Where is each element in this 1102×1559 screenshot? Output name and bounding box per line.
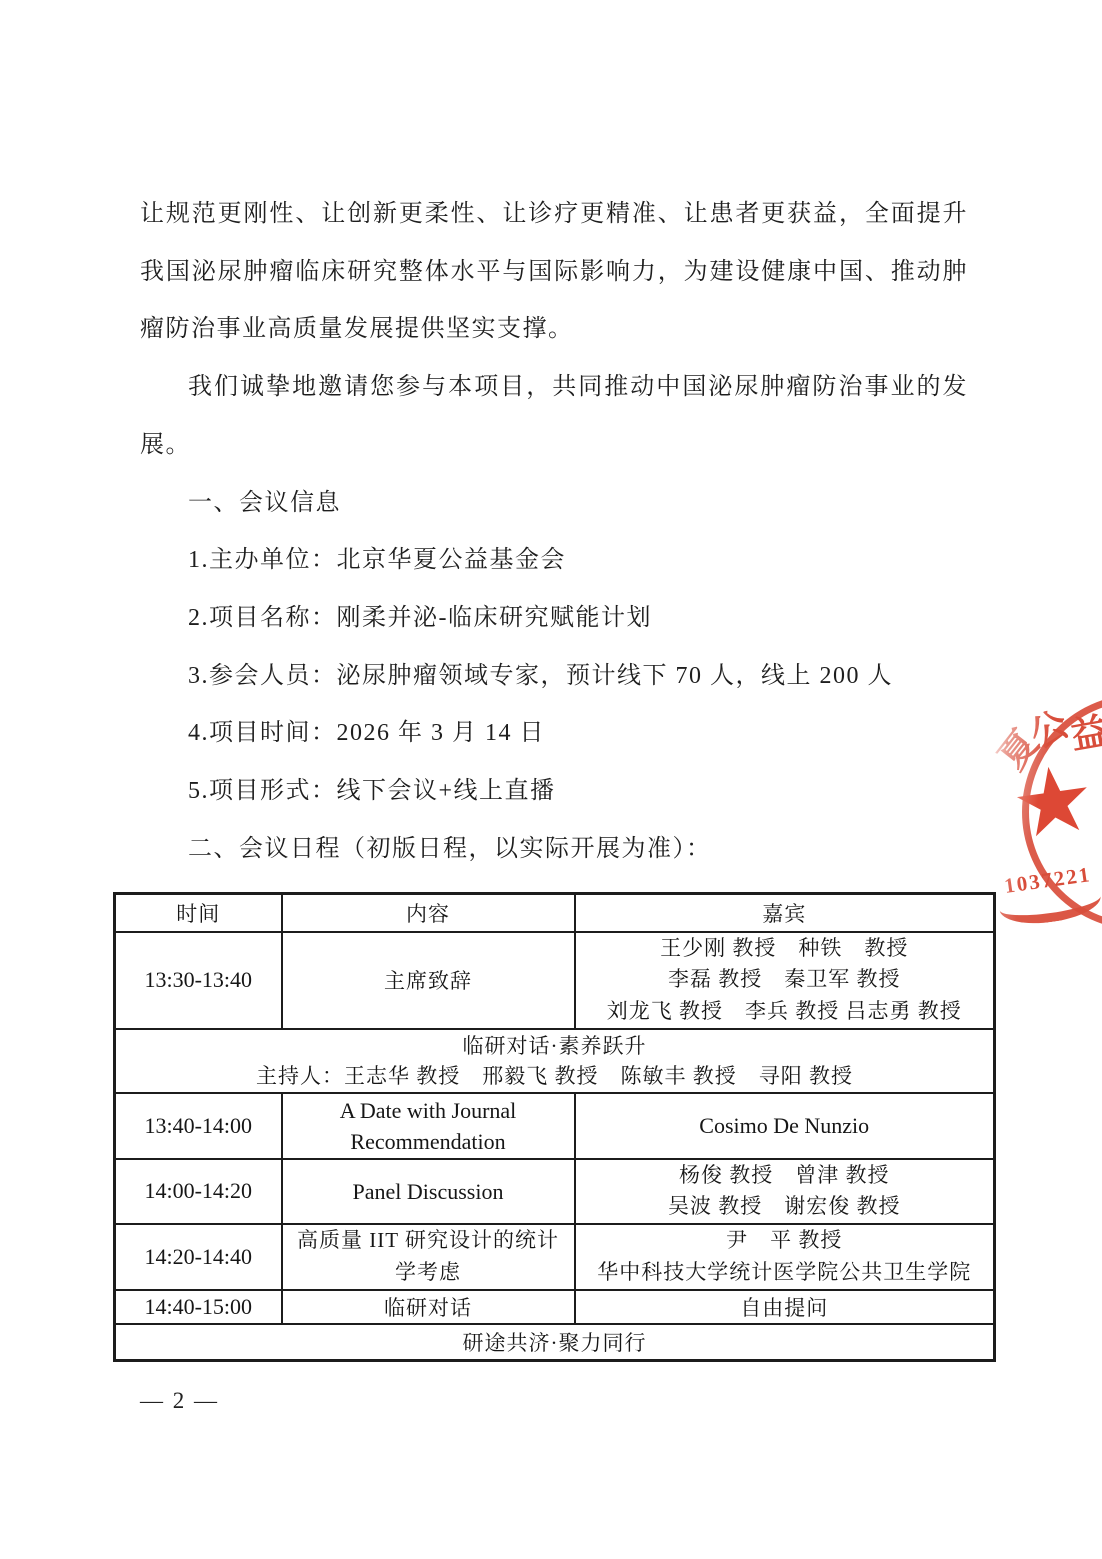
guests-cell: 自由提问 xyxy=(575,1290,995,1324)
content-cell: A Date with Journal Recommendation xyxy=(282,1093,575,1159)
table-row-iit-statistics: 14:20-14:40 高质量 IIT 研究设计的统计学考虑 尹 平 教授 华中… xyxy=(115,1224,995,1290)
guests-cell: 尹 平 教授 华中科技大学统计医学院公共卫生学院 xyxy=(575,1224,995,1290)
content-cell: 临研对话 xyxy=(282,1290,575,1324)
time-cell: 14:20-14:40 xyxy=(115,1224,282,1290)
guests-cell: 王少刚 教授 种铁 教授 李磊 教授 秦卫军 教授 刘龙飞 教授 李兵 教授 吕… xyxy=(575,932,995,1029)
content-cell: 高质量 IIT 研究设计的统计学考虑 xyxy=(282,1224,575,1290)
content-cell: 主席致辞 xyxy=(282,932,575,1029)
star-icon: ★ xyxy=(1006,751,1100,854)
guest-line: 杨俊 教授 曾津 教授 xyxy=(582,1160,988,1192)
table-banner-row-session1: 临研对话·素养跃升 主持人：王志华 教授 邢毅飞 教授 陈敏丰 教授 寻阳 教授 xyxy=(115,1029,995,1093)
guest-line: 刘龙飞 教授 李兵 教授 吕志勇 教授 xyxy=(582,996,988,1028)
red-seal-stamp: 夏 公 益 ★ 1037221 xyxy=(995,688,1102,940)
meeting-info-item-project-name: 2.项目名称：刚柔并泌-临床研究赋能计划 xyxy=(140,590,968,648)
section-heading-agenda: 二、会议日程（初版日程，以实际开展为准）： xyxy=(140,821,968,879)
meeting-info-item-format: 5.项目形式：线下会议+线上直播 xyxy=(140,763,968,821)
time-cell: 13:30-13:40 xyxy=(115,932,282,1029)
session-title: 临研对话·素养跃升 xyxy=(122,1031,987,1061)
document-body: 让规范更刚性、让创新更柔性、让诊疗更精准、让患者更获益，全面提升我国泌尿肿瘤临床… xyxy=(140,186,968,878)
page-number: — 2 — xyxy=(140,1388,219,1414)
time-cell: 13:40-14:00 xyxy=(115,1093,282,1159)
intro-paragraph-2: 我们诚挚地邀请您参与本项目，共同推动中国泌尿肿瘤防治事业的发展。 xyxy=(140,359,968,474)
table-row-opening: 13:30-13:40 主席致辞 王少刚 教授 种铁 教授 李磊 教授 秦卫军 … xyxy=(115,932,995,1029)
table-banner-row-session2: 研途共济·聚力同行 xyxy=(115,1324,995,1361)
table-row-panel: 14:00-14:20 Panel Discussion 杨俊 教授 曾津 教授… xyxy=(115,1159,995,1224)
guests-cell: Cosimo De Nunzio xyxy=(575,1093,995,1159)
guest-line: 王少刚 教授 种铁 教授 xyxy=(582,933,988,965)
meeting-info-item-host: 1.主办单位：北京华夏公益基金会 xyxy=(140,532,968,590)
session-hosts: 主持人：王志华 教授 邢毅飞 教授 陈敏丰 教授 寻阳 教授 xyxy=(122,1061,987,1091)
document-page: 让规范更刚性、让创新更柔性、让诊疗更精准、让患者更获益，全面提升我国泌尿肿瘤临床… xyxy=(0,0,1102,1559)
guest-line: 华中科技大学统计医学院公共卫生学院 xyxy=(582,1257,988,1289)
schedule-table: 时间 内容 嘉宾 13:30-13:40 主席致辞 王少刚 教授 种铁 教授 李… xyxy=(113,892,996,1362)
table-row-dialogue: 14:40-15:00 临研对话 自由提问 xyxy=(115,1290,995,1324)
column-header-time: 时间 xyxy=(115,894,282,932)
intro-paragraph-1: 让规范更刚性、让创新更柔性、让诊疗更精准、让患者更获益，全面提升我国泌尿肿瘤临床… xyxy=(140,186,968,359)
guests-cell: 杨俊 教授 曾津 教授 吴波 教授 谢宏俊 教授 xyxy=(575,1159,995,1224)
session-banner-cell: 研途共济·聚力同行 xyxy=(115,1324,995,1361)
table-row-journal: 13:40-14:00 A Date with Journal Recommen… xyxy=(115,1093,995,1159)
column-header-guests: 嘉宾 xyxy=(575,894,995,932)
table-header-row: 时间 内容 嘉宾 xyxy=(115,894,995,932)
guest-line: 李磊 教授 秦卫军 教授 xyxy=(582,964,988,996)
session-banner-cell: 临研对话·素养跃升 主持人：王志华 教授 邢毅飞 教授 陈敏丰 教授 寻阳 教授 xyxy=(115,1029,995,1093)
content-cell: Panel Discussion xyxy=(282,1159,575,1224)
guest-line: 吴波 教授 谢宏俊 教授 xyxy=(582,1191,988,1223)
section-heading-meeting-info: 一、会议信息 xyxy=(140,475,968,533)
meeting-info-item-attendees: 3.参会人员：泌尿肿瘤领域专家，预计线下 70 人，线上 200 人 xyxy=(140,648,968,706)
time-cell: 14:40-15:00 xyxy=(115,1290,282,1324)
guest-line: 尹 平 教授 xyxy=(582,1225,988,1257)
column-header-content: 内容 xyxy=(282,894,575,932)
time-cell: 14:00-14:20 xyxy=(115,1159,282,1224)
meeting-info-item-date: 4.项目时间：2026 年 3 月 14 日 xyxy=(140,705,968,763)
